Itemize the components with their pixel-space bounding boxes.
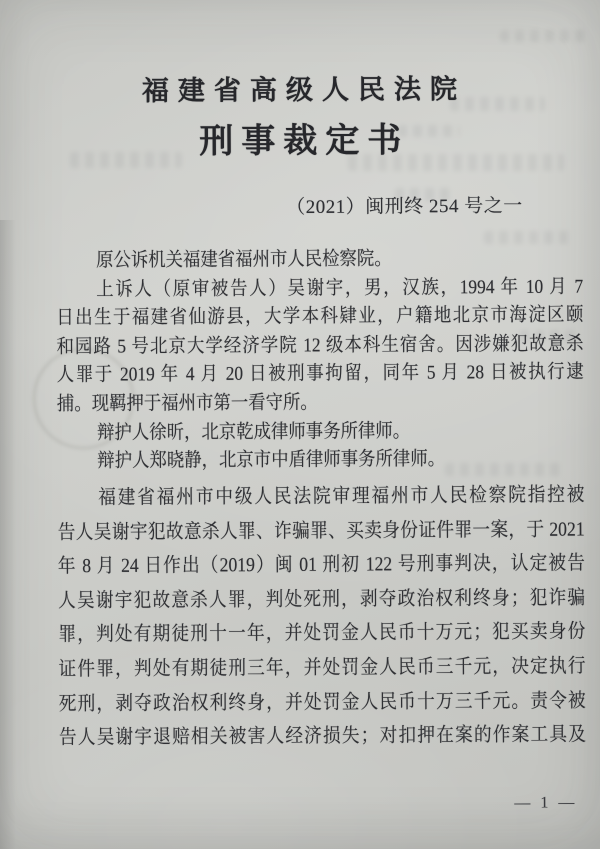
body-text-upper: 原公诉机关福建省福州市人民检察院。 上诉人（原审被告人）吴谢宇，男，汉族，199… — [56, 243, 584, 476]
court-name: 福建省高级人民法院 — [0, 66, 598, 109]
body-line: 告人吴谢宇退赔相关被害人经济损失；对扣押在案的作案工具及 — [59, 717, 586, 754]
body-line: 人罪于 2019 年 4 月 20 日被刑事拘留，同年 5 月 28 日被执行逮 — [57, 358, 584, 390]
document-content: 福建省高级人民法院 刑事裁定书 （2021）闽刑终 254 号之一 原公诉机关福… — [0, 0, 600, 849]
body-line: 死刑，剥夺政治权利终身，并处罚金人民币十万三千元。责令被 — [59, 683, 586, 720]
body-line: 辩护人郑晓静，北京市中盾律师事务所律师。 — [57, 444, 584, 476]
document-photo-page: 福建省高级人民法院 刑事裁定书 （2021）闽刑终 254 号之一 原公诉机关福… — [0, 0, 600, 849]
body-line: 告人吴谢宇犯故意杀人罪、诈骗罪、买卖身份证件罪一案，于 2021 — [58, 512, 585, 549]
page-number: — 1 — — [514, 794, 577, 812]
document-title: 刑事裁定书 — [0, 111, 598, 164]
body-line: 福建省福州市中级人民法院审理福州市人民检察院指控被 — [57, 477, 584, 514]
case-number: （2021）闽刑终 254 号之一 — [286, 191, 523, 219]
body-line: 上诉人（原审被告人）吴谢宇，男，汉族，1994 年 10 月 7 — [56, 272, 583, 304]
body-line: 日出生于福建省仙游县，大学本科肄业，户籍地北京市海淀区颐 — [56, 301, 583, 333]
body-line: 和园路 5 号北京大学经济学院 12 级本科生宿舍。因涉嫌犯故意杀 — [56, 329, 583, 361]
body-line: 辩护人徐昕，北京乾成律师事务所律师。 — [57, 415, 584, 447]
body-line: 罪，判处有期徒刑十一年，并处罚金人民币十万元；犯买卖身份 — [58, 614, 585, 651]
body-text-lower: 福建省福州市中级人民法院审理福州市人民检察院指控被 告人吴谢宇犯故意杀人罪、诈骗… — [57, 477, 586, 754]
body-line: 年 8 月 24 日作出（2019）闽 01 刑初 122 号刑事判决，认定被告 — [58, 546, 585, 583]
body-line: 捕。现羁押于福州市第一看守所。 — [57, 387, 584, 419]
body-line: 证件罪，判处有期徒刑三年，并处罚金人民币三千元，决定执行 — [58, 649, 585, 686]
body-line: 人吴谢宇犯故意杀人罪，判处死刑，剥夺政治权利终身；犯诈骗 — [58, 580, 585, 617]
body-line: 原公诉机关福建省福州市人民检察院。 — [56, 243, 583, 275]
